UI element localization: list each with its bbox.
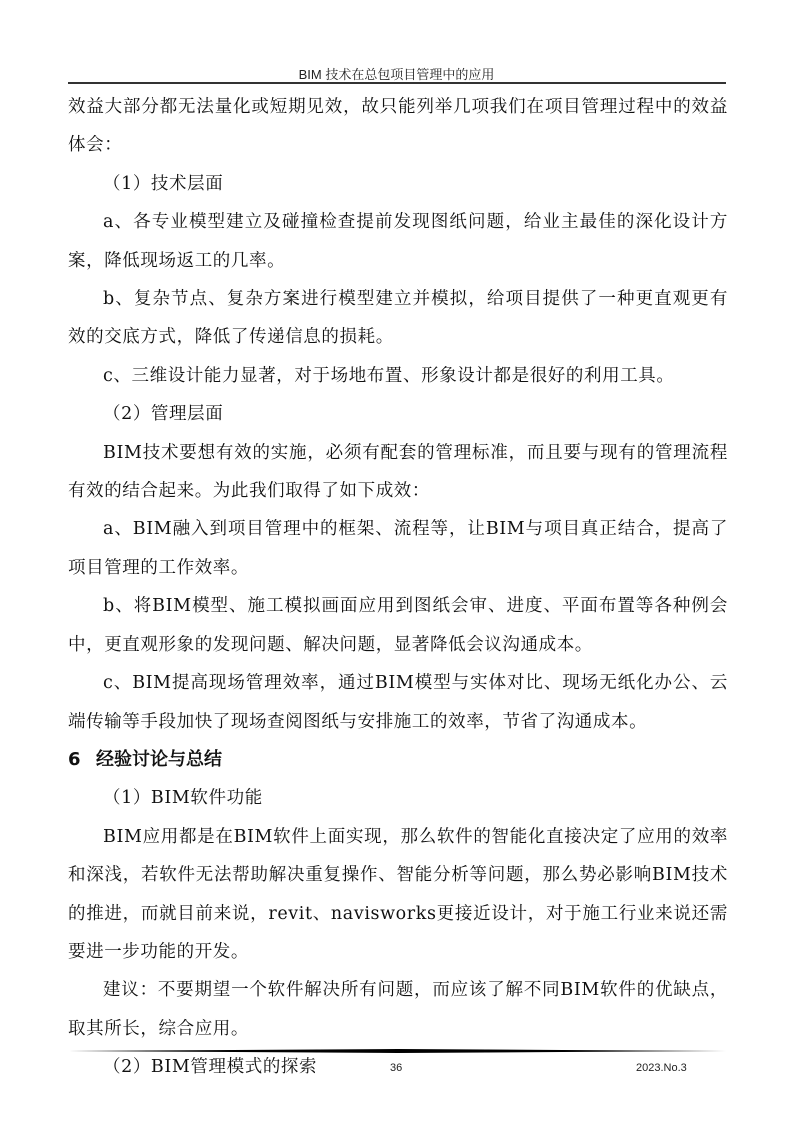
body-text: 效益大部分都无法量化或短期见效，故只能列举几项我们在项目管理过程中的效益体会： …: [68, 88, 728, 1087]
subheading-technical: （1）技术层面: [68, 165, 728, 203]
subheading-software: （1）BIM软件功能: [68, 779, 728, 817]
issue-label: 2023.No.3: [636, 1062, 687, 1074]
footer-rule: [68, 1049, 726, 1053]
section-title: 经验讨论与总结: [96, 749, 222, 770]
paragraph: 效益大部分都无法量化或短期见效，故只能列举几项我们在项目管理过程中的效益体会：: [68, 88, 728, 165]
running-header-title: BIM 技术在总包项目管理中的应用: [0, 64, 793, 83]
paragraph: 建议：不要期望一个软件解决所有问题，而应该了解不同BIM软件的优缺点，取其所长，…: [68, 971, 728, 1048]
header-rule: [68, 82, 726, 84]
subheading-management: （2）管理层面: [68, 395, 728, 433]
paragraph: BIM应用都是在BIM软件上面实现，那么软件的智能化直接决定了应用的效率和深浅，…: [68, 818, 728, 972]
section-heading: 6经验讨论与总结: [68, 741, 728, 779]
paragraph: a、各专业模型建立及碰撞检查提前发现图纸问题，给业主最佳的深化设计方案，降低现场…: [68, 203, 728, 280]
page-number: 36: [390, 1062, 402, 1074]
paragraph: b、复杂节点、复杂方案进行模型建立并模拟，给项目提供了一种更直观更有效的交底方式…: [68, 280, 728, 357]
paragraph: c、三维设计能力显著，对于场地布置、形象设计都是很好的利用工具。: [68, 357, 728, 395]
section-number: 6: [68, 741, 96, 779]
paragraph: BIM技术要想有效的实施，必须有配套的管理标准，而且要与现有的管理流程有效的结合…: [68, 434, 728, 511]
paragraph: b、将BIM模型、施工模拟画面应用到图纸会审、进度、平面布置等各种例会中，更直观…: [68, 587, 728, 664]
paragraph: a、BIM融入到项目管理中的框架、流程等，让BIM与项目真正结合，提高了项目管理…: [68, 510, 728, 587]
paragraph: c、BIM提高现场管理效率，通过BIM模型与实体对比、现场无纸化办公、云端传输等…: [68, 664, 728, 741]
